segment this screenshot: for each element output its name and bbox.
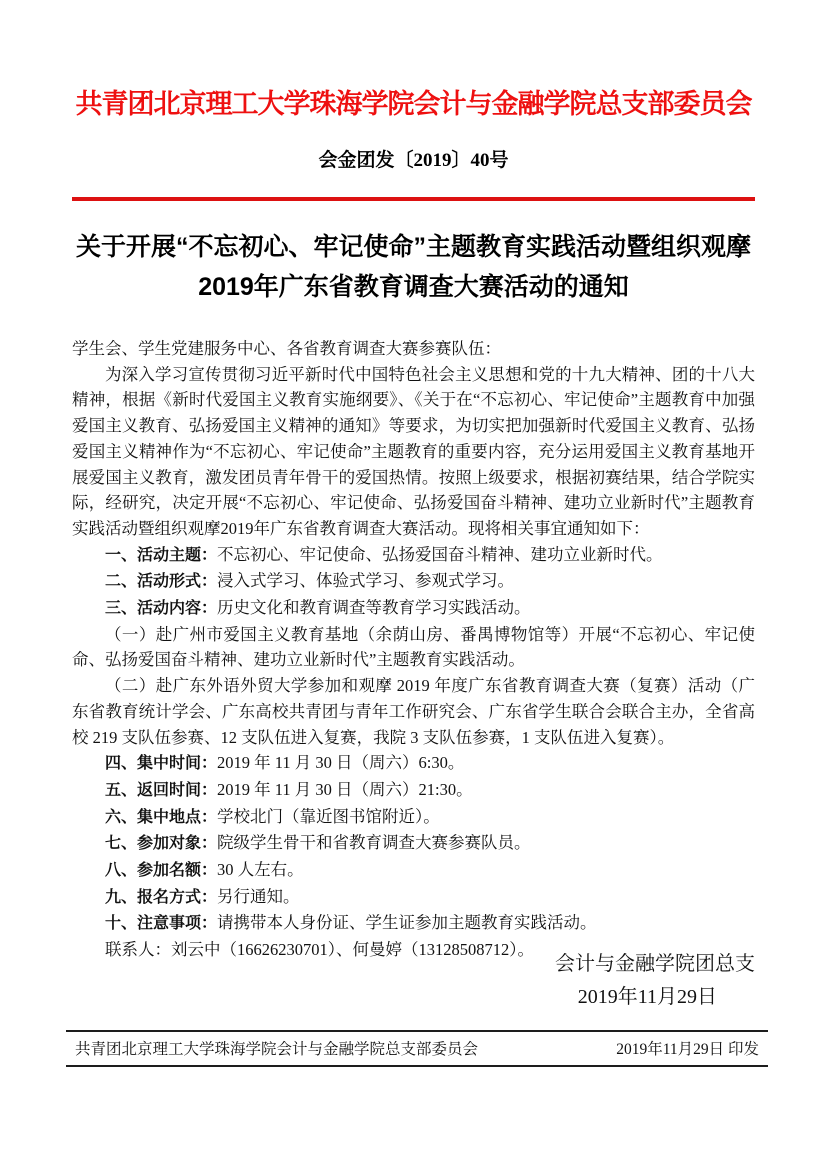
numbered-item: 十、注意事项：请携带本人身份证、学生证参加主题教育实践活动。 (72, 910, 755, 937)
numbered-item: 九、报名方式：另行通知。 (72, 884, 755, 911)
numbered-item-label: 九、报名方式： (105, 889, 217, 906)
numbered-item-text: 另行通知。 (217, 887, 300, 906)
numbered-item-text: 浸入式学习、体验式学习、参观式学习。 (217, 571, 514, 590)
numbered-item: 一、活动主题：不忘初心、牢记使命、弘扬爱国奋斗精神、建功立业新时代。 (72, 542, 755, 569)
footer-bar: 共青团北京理工大学珠海学院会计与金融学院总支部委员会 2019年11月29日 印… (66, 1030, 768, 1067)
numbered-item: 三、活动内容：历史文化和教育调查等教育学习实践活动。 (72, 595, 755, 622)
numbered-item-text: 30 人左右。 (217, 860, 304, 879)
numbered-item: 八、参加名额：30 人左右。 (72, 857, 755, 884)
numbered-item-label: 五、返回时间： (105, 782, 217, 799)
salutation: 学生会、学生党建服务中心、各省教育调查大赛参赛队伍： (72, 336, 755, 362)
signature-block: 会计与金融学院团总支 2019年11月29日 (555, 948, 755, 1014)
document-page: 共青团北京理工大学珠海学院会计与金融学院总支部委员会 会金团发〔2019〕40号… (0, 0, 827, 1169)
signature-date: 2019年11月29日 (555, 981, 755, 1014)
footer-print-date: 2019年11月29日 印发 (616, 1037, 759, 1059)
red-divider-rule (72, 197, 755, 201)
numbered-item-label: 一、活动主题： (105, 547, 217, 564)
numbered-item-text: 2019 年 11 月 30 日（周六）6:30。 (217, 753, 464, 772)
body-paragraph: 为深入学习宣传贯彻习近平新时代中国特色社会主义思想和党的十九大精神、团的十八大精… (72, 362, 755, 542)
numbered-item-label: 八、参加名额： (105, 862, 217, 879)
document-body: 学生会、学生党建服务中心、各省教育调查大赛参赛队伍：为深入学习宣传贯彻习近平新时… (72, 336, 755, 963)
red-header-org-title: 共青团北京理工大学珠海学院会计与金融学院总支部委员会 (72, 82, 755, 121)
doc-number: 会金团发〔2019〕40号 (72, 145, 755, 172)
signature-org: 会计与金融学院团总支 (555, 948, 755, 981)
numbered-item-label: 十、注意事项： (105, 915, 217, 932)
numbered-item: 二、活动形式：浸入式学习、体验式学习、参观式学习。 (72, 568, 755, 595)
document-title: 关于开展“不忘初心、牢记使命”主题教育实践活动暨组织观摩2019年广东省教育调查… (74, 227, 754, 307)
numbered-item-text: 2019 年 11 月 30 日（周六）21:30。 (217, 780, 473, 799)
numbered-item: 五、返回时间：2019 年 11 月 30 日（周六）21:30。 (72, 777, 755, 804)
numbered-item-label: 七、参加对象： (105, 835, 217, 852)
numbered-item: 七、参加对象：院级学生骨干和省教育调查大赛参赛队员。 (72, 830, 755, 857)
numbered-item-label: 四、集中时间： (105, 755, 217, 772)
numbered-item-label: 二、活动形式： (105, 573, 217, 590)
footer-issuer: 共青团北京理工大学珠海学院会计与金融学院总支部委员会 (75, 1037, 478, 1059)
numbered-item-text: 不忘初心、牢记使命、弘扬爱国奋斗精神、建功立业新时代。 (217, 545, 663, 564)
body-paragraph: （一）赴广州市爱国主义教育基地（余荫山房、番禺博物馆等）开展“不忘初心、牢记使命… (72, 622, 755, 673)
numbered-item-text: 请携带本人身份证、学生证参加主题教育实践活动。 (217, 913, 597, 932)
numbered-item-text: 院级学生骨干和省教育调查大赛参赛队员。 (217, 833, 531, 852)
numbered-item-label: 三、活动内容： (105, 600, 217, 617)
numbered-item: 六、集中地点：学校北门（靠近图书馆附近）。 (72, 804, 755, 831)
numbered-item-text: 历史文化和教育调查等教育学习实践活动。 (217, 598, 531, 617)
body-paragraph: （二）赴广东外语外贸大学参加和观摩 2019 年度广东省教育调查大赛（复赛）活动… (72, 673, 755, 750)
numbered-item: 四、集中时间：2019 年 11 月 30 日（周六）6:30。 (72, 750, 755, 777)
numbered-item-text: 学校北门（靠近图书馆附近）。 (217, 807, 440, 826)
numbered-item-label: 六、集中地点： (105, 809, 217, 826)
